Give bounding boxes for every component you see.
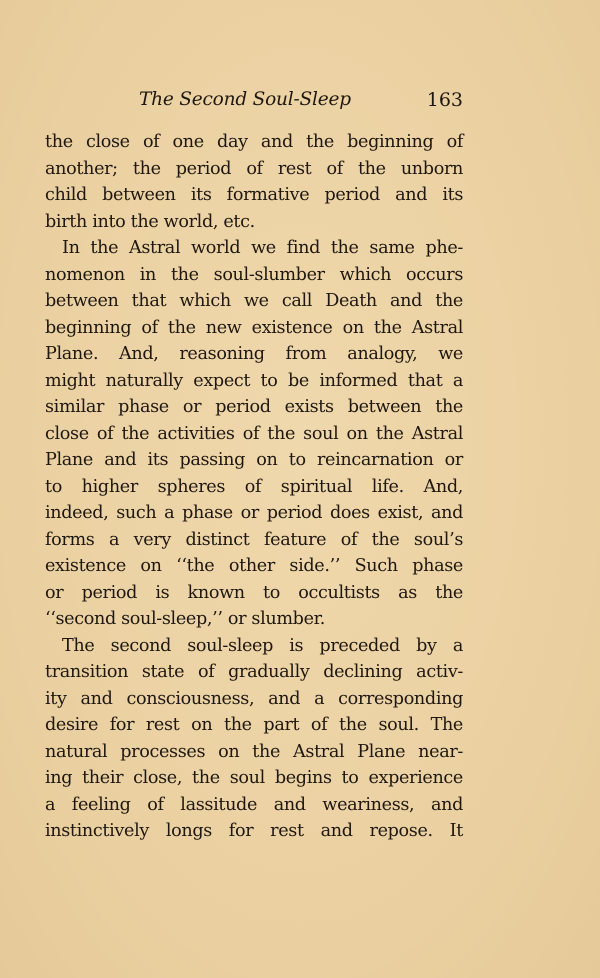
text-line: ity and consciousness, and a correspondi… [45, 686, 463, 713]
text-line: desire for rest on the part of the soul.… [45, 712, 463, 739]
text-line: beginning of the new existence on the As… [45, 315, 463, 342]
text-line: or period is known to occultists as the [45, 580, 463, 607]
text-line: nomenon in the soul-slumber which occurs [45, 262, 463, 289]
text-line: a feeling of lassitude and weariness, an… [45, 792, 463, 819]
running-title: The Second Soul-Sleep [139, 86, 351, 114]
text-line: indeed, such a phase or period does exis… [45, 500, 463, 527]
body-text: the close of one day and the beginning o… [45, 129, 463, 845]
paragraph-start-line: The second soul-sleep is preceded by a [45, 633, 463, 660]
text-line: ing their close, the soul begins to expe… [45, 765, 463, 792]
text-line: existence on ‘‘the other side.’’ Such ph… [45, 553, 463, 580]
running-head: The Second Soul-Sleep 163 [45, 86, 463, 114]
text-line: Plane. And, reasoning from analogy, we [45, 341, 463, 368]
text-line: to higher spheres of spiritual life. And… [45, 474, 463, 501]
page-number: 163 [427, 86, 463, 114]
text-line: another; the period of rest of the unbor… [45, 156, 463, 183]
text-line: forms a very distinct feature of the sou… [45, 527, 463, 554]
text-line: might naturally expect to be informed th… [45, 368, 463, 395]
text-line: similar phase or period exists between t… [45, 394, 463, 421]
text-line: natural processes on the Astral Plane ne… [45, 739, 463, 766]
text-line: the close of one day and the beginning o… [45, 129, 463, 156]
text-line: ‘‘second soul-sleep,’’ or slumber. [45, 606, 463, 633]
text-line: transition state of gradually declining … [45, 659, 463, 686]
text-line: between that which we call Death and the [45, 288, 463, 315]
text-line: birth into the world, etc. [45, 209, 463, 236]
text-line: close of the activities of the soul on t… [45, 421, 463, 448]
text-line: instinctively longs for rest and repose.… [45, 818, 463, 845]
text-line: child between its formative period and i… [45, 182, 463, 209]
paragraph-start-line: In the Astral world we find the same phe… [45, 235, 463, 262]
text-line: Plane and its passing on to reincarnatio… [45, 447, 463, 474]
